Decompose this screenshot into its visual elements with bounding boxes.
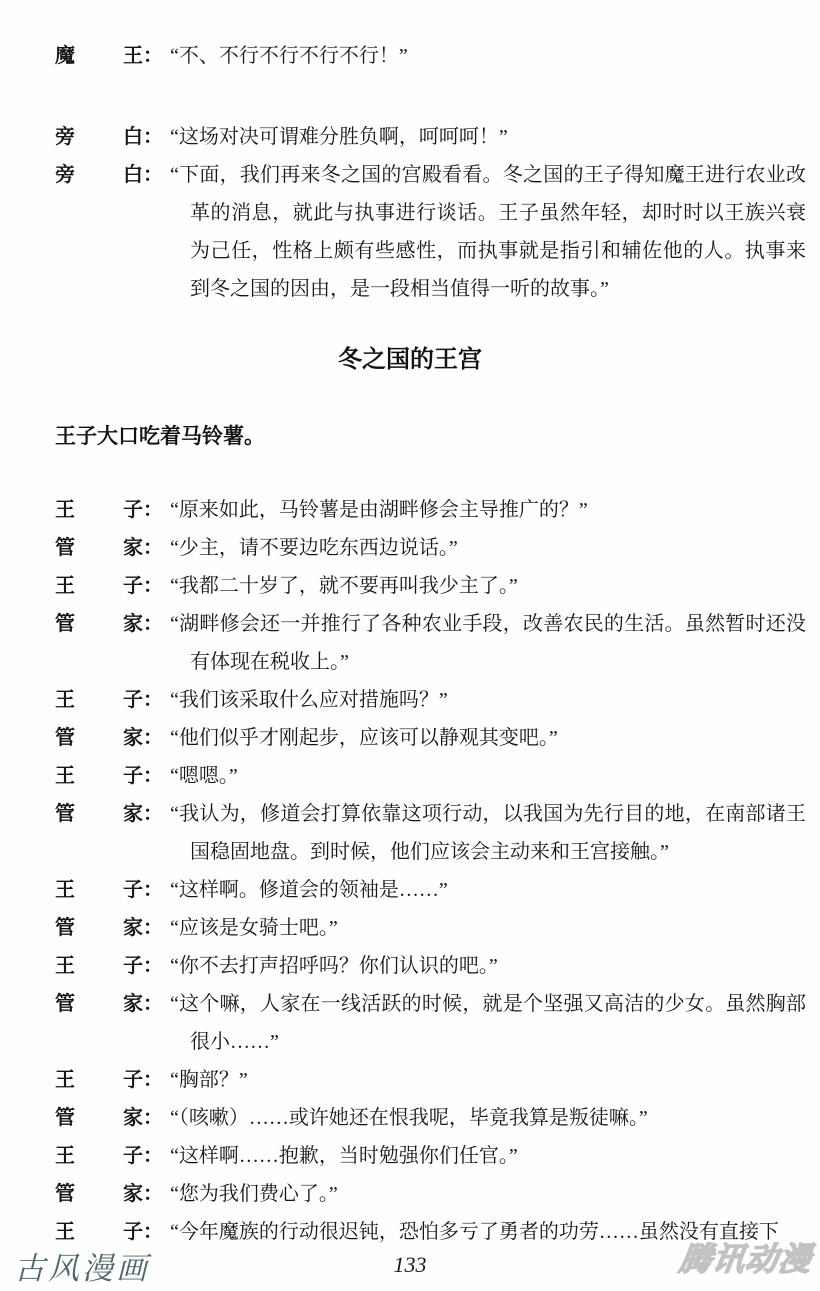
dialogue-row: 王子 ： “原来如此，马铃薯是由湖畔修会主导推广的？”: [55, 491, 820, 529]
speaker-name: 王子: [55, 757, 143, 795]
dialogue-text: “这场对决可谓难分胜负啊，呵呵呵！”: [170, 118, 806, 156]
dialogue-text: “少主，请不要边吃东西边说话。”: [170, 529, 806, 567]
dialogue-row: 管家 ： “这个嘛，人家在一线活跃的时候，就是个坚强又高洁的少女。虽然胸部很小……: [55, 985, 820, 1061]
speaker-name: 王子: [55, 947, 143, 985]
right-watermark: 腾讯动漫: [677, 1234, 815, 1280]
dialogue-row: 王子 ： “胸部？”: [55, 1061, 820, 1099]
speaker-colon: ：: [143, 719, 170, 757]
speaker-colon: ：: [143, 871, 170, 909]
speaker-colon: ：: [143, 156, 170, 308]
dialogue-text: “应该是女骑士吧。”: [170, 909, 806, 947]
dialogue-text: “胸部？”: [170, 1061, 806, 1099]
dialogue-row: 管家 ： “应该是女骑士吧。”: [55, 909, 820, 947]
dialogue-row: 管家 ： “湖畔修会还一并推行了各种农业手段，改善农民的生活。虽然暂时还没有体现…: [55, 605, 820, 681]
speaker-name: 管家: [55, 1099, 143, 1137]
speaker-colon: ：: [143, 118, 170, 156]
speaker-name: 管家: [55, 719, 143, 757]
dialogue-row: 王子 ： “嗯嗯。”: [55, 757, 820, 795]
dialogue-text: “湖畔修会还一并推行了各种农业手段，改善农民的生活。虽然暂时还没有体现在税收上。…: [170, 605, 806, 681]
speaker-colon: ：: [143, 529, 170, 567]
dialogue-row: 王子 ： “你不去打声招呼吗？你们认识的吧。”: [55, 947, 820, 985]
dialogue-text: “嗯嗯。”: [170, 757, 806, 795]
speaker-colon: ：: [143, 37, 170, 75]
dialogue-text: “我都二十岁了，就不要再叫我少主了。”: [170, 567, 806, 605]
speaker-name: 管家: [55, 529, 143, 567]
speaker-name: 王子: [55, 1061, 143, 1099]
dialogue-row: 旁白 ： “下面，我们再来冬之国的宫殿看看。冬之国的王子得知魔王进行农业改革的消…: [55, 156, 820, 308]
dialogue-text: “我们该采取什么应对措施吗？”: [170, 681, 806, 719]
speaker-name: 王子: [55, 871, 143, 909]
page: 魔王 ： “不、不行不行不行不行！” 旁白 ： “这场对决可谓难分胜负啊，呵呵呵…: [0, 0, 820, 1291]
speaker-name: 管家: [55, 909, 143, 947]
speaker-colon: ：: [143, 567, 170, 605]
dialogue-row: 管家 ： “少主，请不要边吃东西边说话。”: [55, 529, 820, 567]
dialogue-text: “原来如此，马铃薯是由湖畔修会主导推广的？”: [170, 491, 806, 529]
dialogue-text: “这个嘛，人家在一线活跃的时候，就是个坚强又高洁的少女。虽然胸部很小……”: [170, 985, 806, 1061]
speaker-name: 旁白: [55, 118, 143, 156]
speaker-name: 管家: [55, 1175, 143, 1213]
dialogue-row: 管家 ： “我认为，修道会打算依靠这项行动，以我国为先行目的地，在南部诸王国稳固…: [55, 795, 820, 871]
dialogue-row: 管家 ： “您为我们费心了。”: [55, 1175, 820, 1213]
dialogue-row: 王子 ： “我都二十岁了，就不要再叫我少主了。”: [55, 567, 820, 605]
speaker-name: 王子: [55, 491, 143, 529]
speaker-colon: ：: [143, 605, 170, 681]
speaker-colon: ：: [143, 947, 170, 985]
dialogue-text: “下面，我们再来冬之国的宫殿看看。冬之国的王子得知魔王进行农业改革的消息，就此与…: [170, 156, 806, 308]
speaker-colon: ：: [143, 909, 170, 947]
speaker-name: 王子: [55, 681, 143, 719]
dialogue-row: 旁白 ： “这场对决可谓难分胜负啊，呵呵呵！”: [55, 118, 820, 156]
speaker-name: 管家: [55, 605, 143, 681]
stage-direction: 王子大口吃着马铃薯。: [55, 418, 820, 456]
dialogue-text: “这样啊。修道会的领袖是……”: [170, 871, 806, 909]
speaker-name: 王子: [55, 567, 143, 605]
speaker-colon: ：: [143, 1137, 170, 1175]
speaker-colon: ：: [143, 491, 170, 529]
speaker-colon: ：: [143, 985, 170, 1061]
dialogue-row: 管家 ： “（咳嗽）……或许她还在恨我呢，毕竟我算是叛徒嘛。”: [55, 1099, 820, 1137]
dialogue-row: 王子 ： “我们该采取什么应对措施吗？”: [55, 681, 820, 719]
dialogue-text: “我认为，修道会打算依靠这项行动，以我国为先行目的地，在南部诸王国稳固地盘。到时…: [170, 795, 806, 871]
speaker-name: 管家: [55, 985, 143, 1061]
speaker-name: 王子: [55, 1137, 143, 1175]
dialogue-row: 管家 ： “他们似乎才刚起步，应该可以静观其变吧。”: [55, 719, 820, 757]
dialogue-text: “（咳嗽）……或许她还在恨我呢，毕竟我算是叛徒嘛。”: [170, 1099, 806, 1137]
dialogue-row: 王子 ： “这样啊……抱歉，当时勉强你们任官。”: [55, 1137, 820, 1175]
dialogue-text: “不、不行不行不行不行！”: [170, 37, 806, 75]
dialogue-text: “他们似乎才刚起步，应该可以静观其变吧。”: [170, 719, 806, 757]
speaker-name: 管家: [55, 795, 143, 871]
speaker-colon: ：: [143, 1175, 170, 1213]
section-heading: 冬之国的王宫: [0, 341, 820, 379]
speaker-colon: ：: [143, 1099, 170, 1137]
dialogue-section: 王子 ： “原来如此，马铃薯是由湖畔修会主导推广的？” 管家 ： “少主，请不要…: [0, 491, 820, 1251]
dialogue-row: 魔王 ： “不、不行不行不行不行！”: [55, 37, 820, 75]
dialogue-text: “你不去打声招呼吗？你们认识的吧。”: [170, 947, 806, 985]
speaker-colon: ：: [143, 757, 170, 795]
speaker-colon: ：: [143, 795, 170, 871]
speaker-colon: ：: [143, 681, 170, 719]
dialogue-text: “您为我们费心了。”: [170, 1175, 806, 1213]
speaker-name: 旁白: [55, 156, 143, 308]
speaker-name: 魔王: [55, 37, 143, 75]
dialogue-row: 王子 ： “这样啊。修道会的领袖是……”: [55, 871, 820, 909]
speaker-colon: ：: [143, 1061, 170, 1099]
dialogue-text: “这样啊……抱歉，当时勉强你们任官。”: [170, 1137, 806, 1175]
